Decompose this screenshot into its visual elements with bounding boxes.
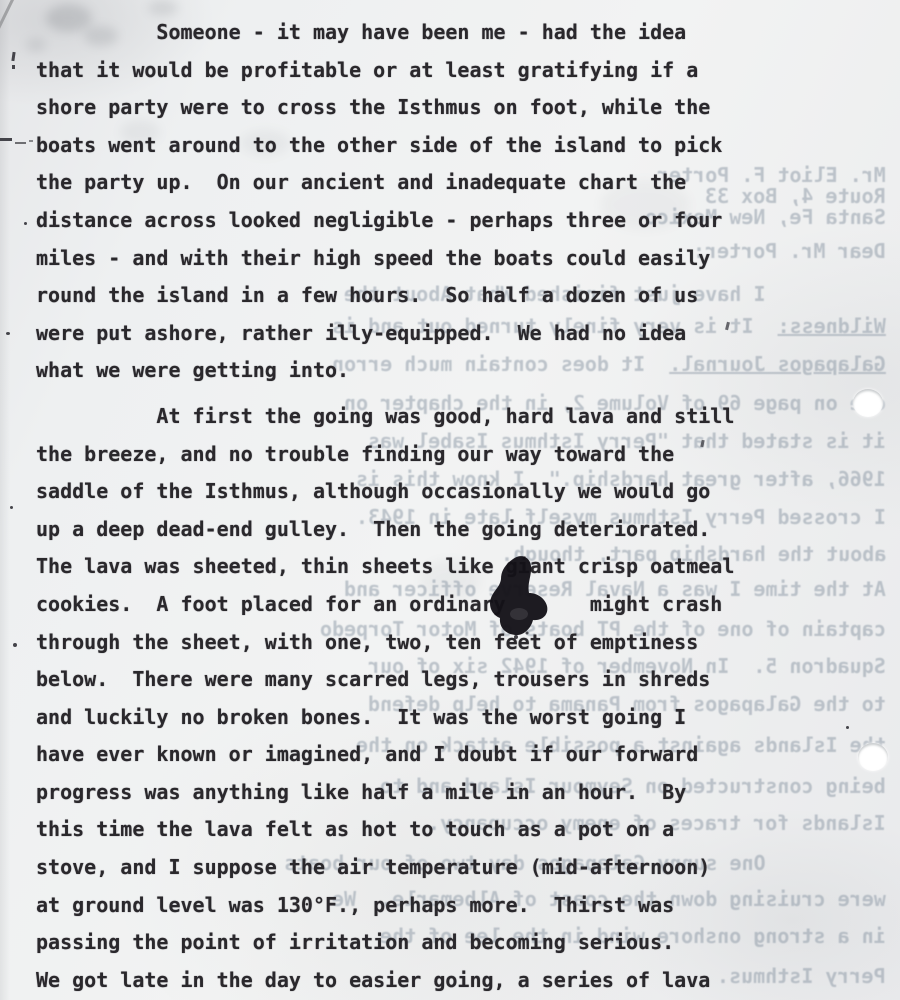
text-line: this time the lava felt as hot to touch … bbox=[36, 811, 734, 849]
text-line: the breeze, and no trouble finding our w… bbox=[36, 436, 734, 474]
text-line: stove, and I suppose the air temperature… bbox=[36, 849, 734, 887]
typewritten-text: Someone - it may have been me - had the … bbox=[36, 14, 734, 999]
text-line: that it would be profitable or at least … bbox=[36, 52, 734, 90]
text-line: round the island in a few hours. So half… bbox=[36, 277, 734, 315]
paper-hole bbox=[858, 743, 888, 771]
stray-mark bbox=[6, 332, 10, 335]
paper-hole bbox=[853, 389, 883, 417]
stray-mark bbox=[846, 726, 849, 729]
text-line: progress was anything like half a mile i… bbox=[36, 774, 734, 812]
text-line: boats went around to the other side of t… bbox=[36, 127, 734, 165]
text-line: saddle of the Isthmus, although occasion… bbox=[36, 473, 734, 511]
text-line: through the sheet, with one, two, ten fe… bbox=[36, 624, 734, 662]
paragraph: Someone - it may have been me - had the … bbox=[36, 14, 734, 390]
text-line: distance across looked negligible - perh… bbox=[36, 202, 734, 240]
stray-mark bbox=[0, 138, 12, 141]
stray-mark bbox=[11, 52, 15, 61]
stray-mark bbox=[29, 140, 33, 142]
bleed-through-line: Perry Isthmus. bbox=[717, 965, 886, 987]
text-line: We got late in the day to easier going, … bbox=[36, 962, 734, 1000]
text-line: At first the going was good, hard lava a… bbox=[36, 398, 734, 436]
stray-mark bbox=[15, 142, 26, 144]
text-line: the party up. On our ancient and inadequ… bbox=[36, 164, 734, 202]
stray-mark bbox=[10, 506, 13, 509]
text-line: were put ashore, rather illy-equipped. W… bbox=[36, 315, 734, 353]
scanned-letter-page: Mr. Eliot F. PorterRoute 4, Box 33Santa … bbox=[0, 0, 900, 1000]
ink-blot-mark bbox=[486, 552, 556, 642]
text-line: up a deep dead-end gulley. Then the goin… bbox=[36, 511, 734, 549]
paragraph: At first the going was good, hard lava a… bbox=[36, 398, 734, 1000]
text-line: what we were getting into. bbox=[36, 352, 734, 390]
stray-mark bbox=[12, 65, 15, 69]
stray-mark bbox=[13, 643, 17, 647]
text-line: shore party were to cross the Isthmus on… bbox=[36, 89, 734, 127]
text-line: The lava was sheeted, thin sheets like g… bbox=[36, 548, 734, 586]
text-line: passing the point of irritation and beco… bbox=[36, 924, 734, 962]
text-line: have ever known or imagined, and I doubt… bbox=[36, 736, 734, 774]
text-line: Someone - it may have been me - had the … bbox=[36, 14, 734, 52]
text-line: cookies. A foot placed for an ordinary m… bbox=[36, 586, 734, 624]
text-line: at ground level was 130°F., perhaps more… bbox=[36, 887, 734, 925]
stray-mark bbox=[24, 222, 27, 225]
text-line: below. There were many scarred legs, tro… bbox=[36, 661, 734, 699]
text-line: and luckily no broken bones. It was the … bbox=[36, 699, 734, 737]
corner-crease-mark bbox=[0, 0, 17, 32]
text-line: miles - and with their high speed the bo… bbox=[36, 240, 734, 278]
